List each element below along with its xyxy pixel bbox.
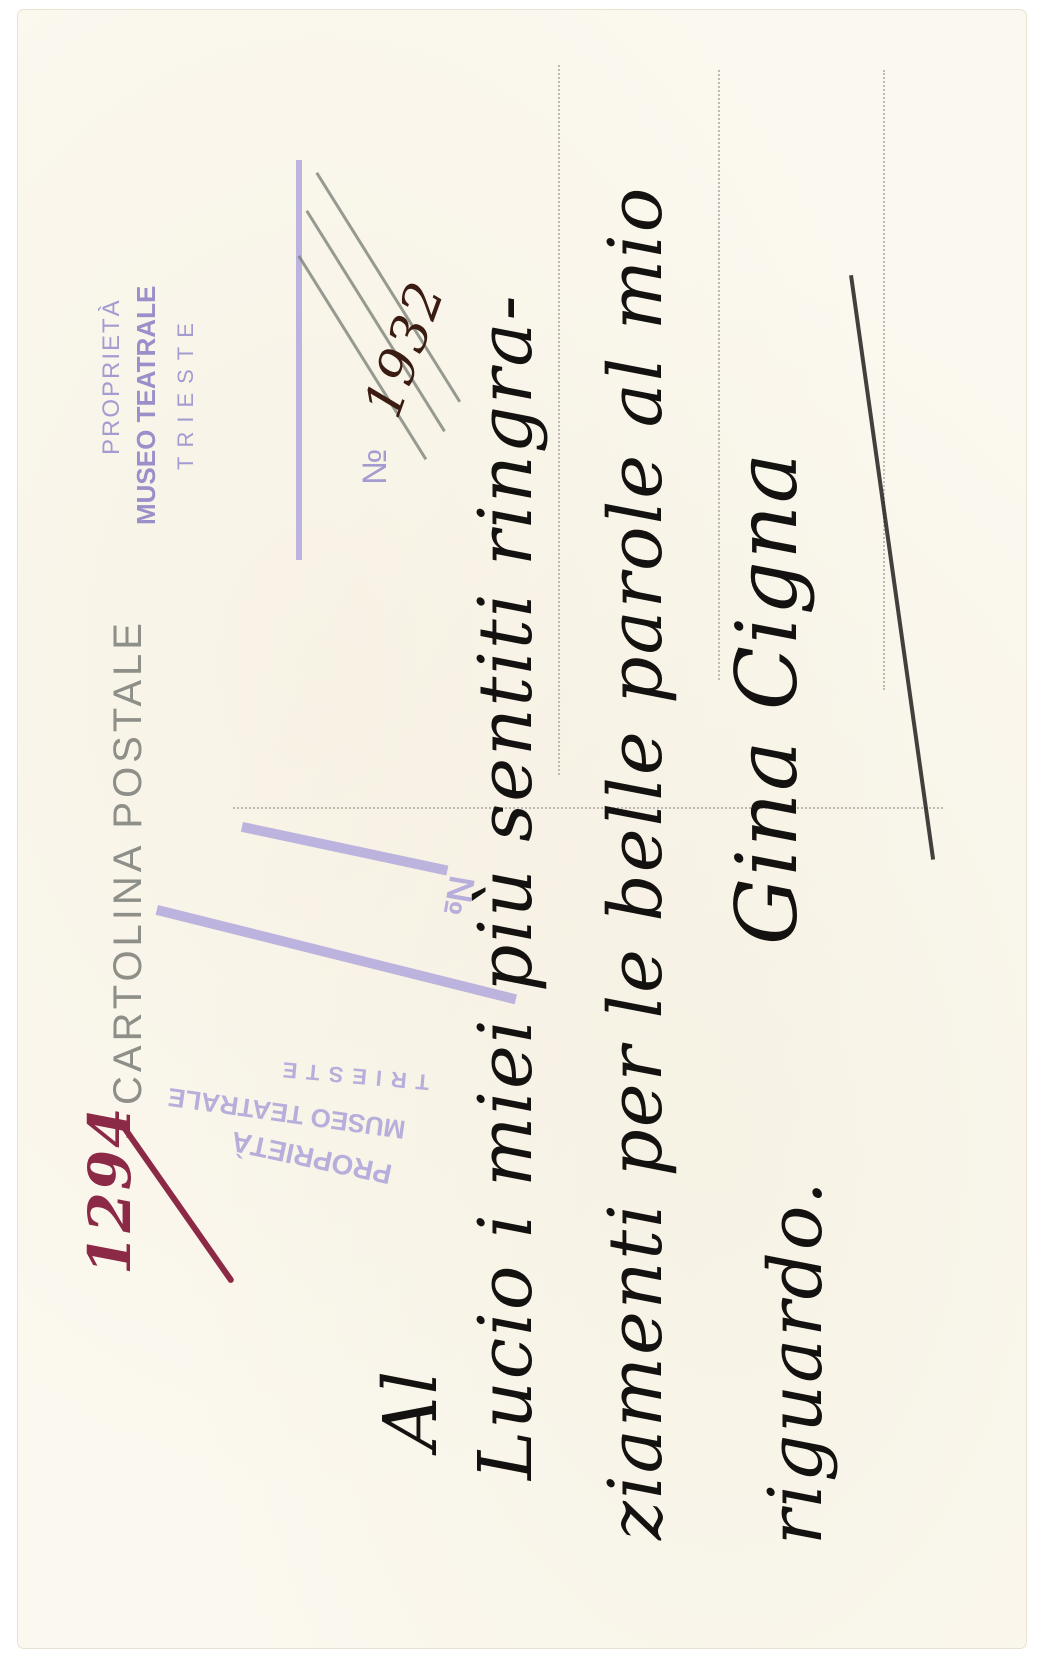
- message-line-3: ziamenti per le belle parole al mio: [593, 186, 679, 1540]
- register-bar-top: [296, 160, 302, 560]
- message-line-1: Al: [368, 1369, 454, 1450]
- stamp-top-line1: PROPRIETÀ: [98, 298, 126, 455]
- divider-line: [233, 807, 943, 809]
- register-year: 1932: [353, 273, 457, 425]
- address-line-1: [558, 65, 560, 775]
- stamp-bottom-line3: TRIESTE: [273, 1056, 431, 1095]
- postcard-header: CARTOLINA POSTALE: [106, 619, 151, 1105]
- signature: Gina Cigna: [718, 451, 816, 945]
- address-line-3: [883, 70, 885, 690]
- message-line-4: riguardo.: [753, 1179, 839, 1545]
- register-number-mark: №: [356, 449, 395, 485]
- stamp-top-line2: MUSEO TEATRALE: [131, 286, 162, 525]
- register-bar-bottom-1: [241, 822, 448, 875]
- stamp-top-line3: TRIESTE: [173, 314, 199, 470]
- catalog-number: 1294: [76, 1106, 144, 1275]
- postcard-back: CARTOLINA POSTALE PROPRIETÀ MUSEO TEATRA…: [18, 10, 1026, 1648]
- signature-flourish: [849, 275, 935, 860]
- message-line-2: Lucio i miei più sentiti ringra-: [463, 293, 549, 1480]
